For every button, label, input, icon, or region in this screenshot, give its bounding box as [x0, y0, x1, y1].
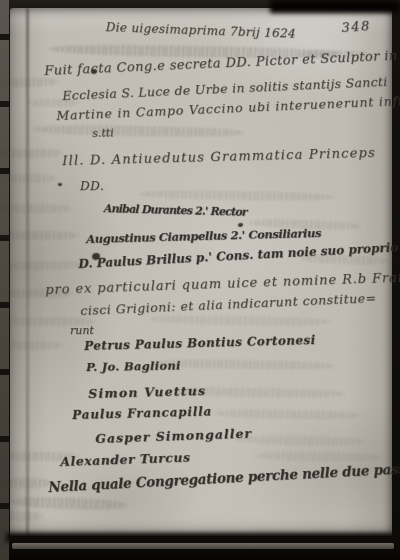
manuscript-photo: Die uigesimaprima 7brij 1624 348 Fuit fa… — [0, 0, 400, 560]
page-bottom-shadow — [6, 533, 398, 542]
gutter-crease — [26, 8, 29, 536]
manuscript-page — [10, 8, 392, 536]
adjacent-page-edge — [0, 0, 9, 560]
photo-top-edge-shadow — [270, 0, 400, 13]
following-pages-edge — [12, 543, 394, 549]
